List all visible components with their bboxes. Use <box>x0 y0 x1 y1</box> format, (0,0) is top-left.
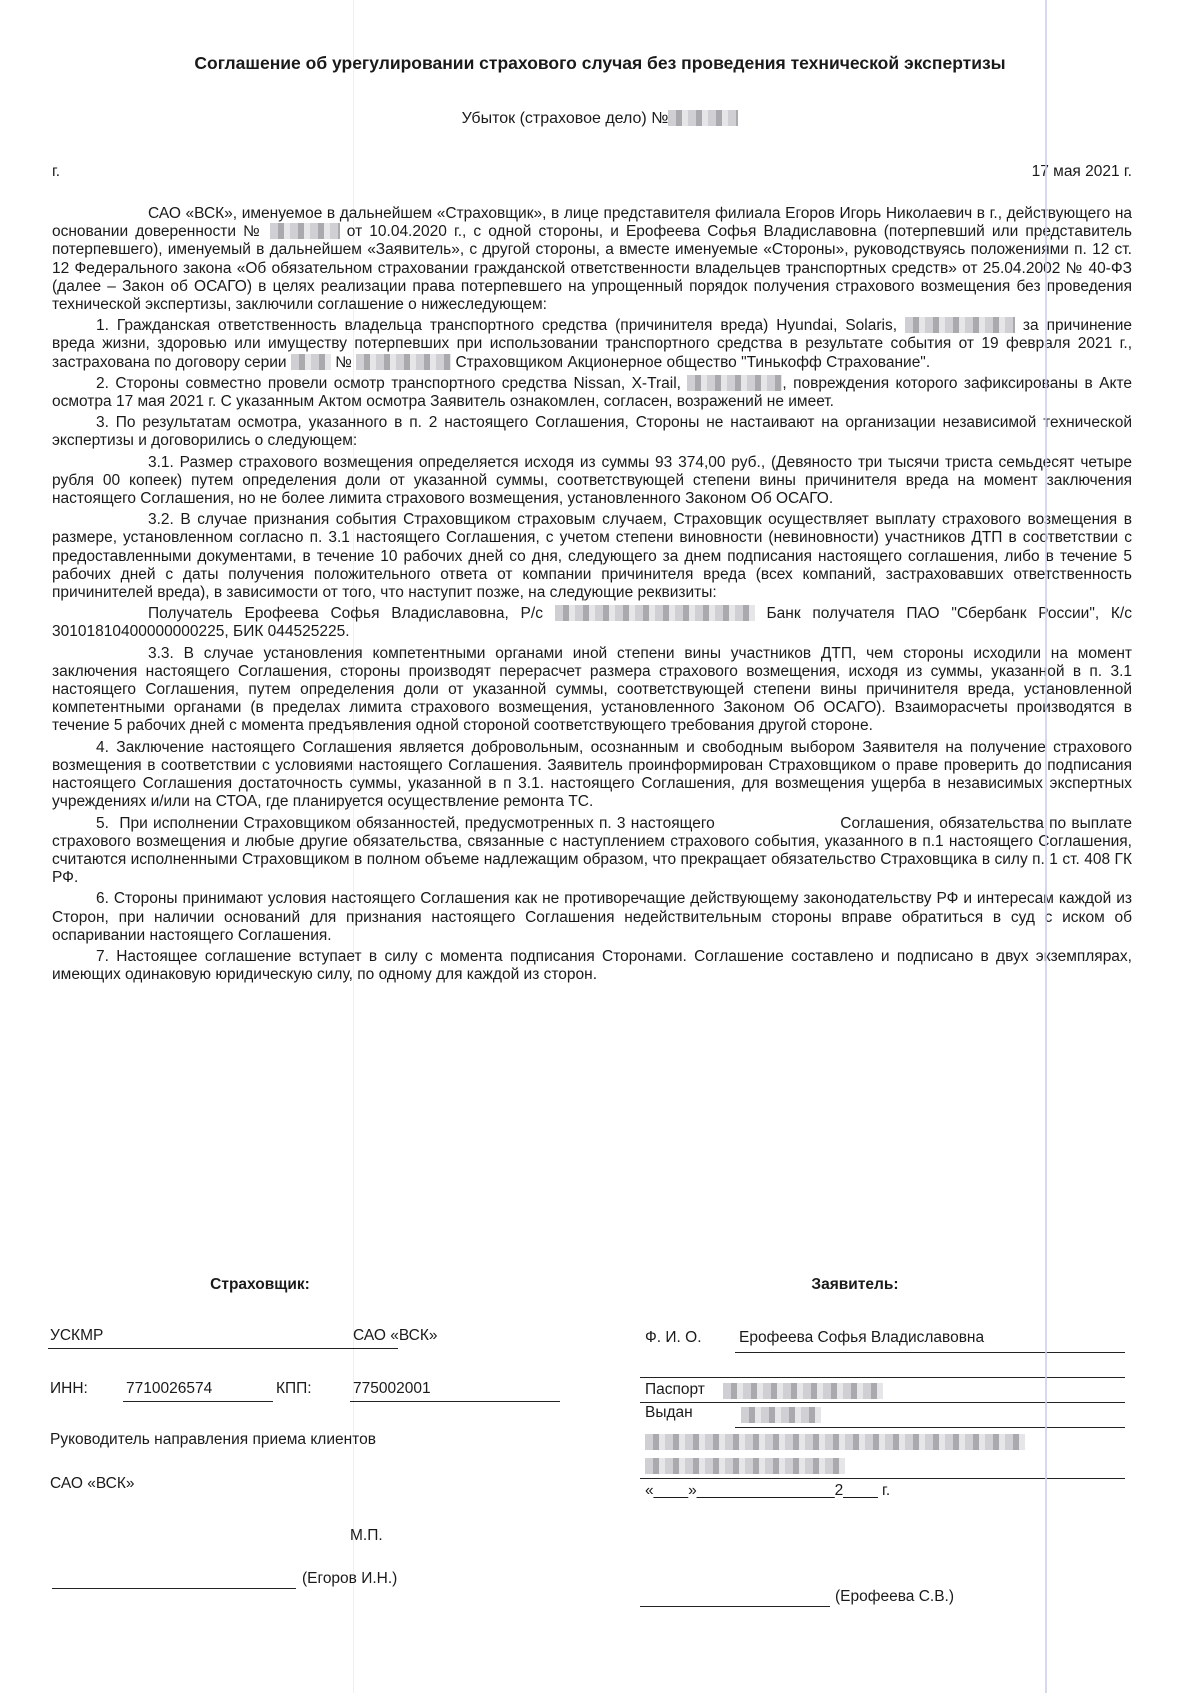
redacted-plate <box>905 317 1015 333</box>
stamp-label: М.П. <box>350 1527 383 1545</box>
passport-label: Паспорт <box>645 1381 705 1399</box>
applicant-heading: Заявитель: <box>755 1276 955 1294</box>
clause-1: 1. Гражданская ответственность владельца… <box>52 317 1132 372</box>
agreement-body: САО «ВСК», именуемое в дальнейшем «Страх… <box>52 205 1132 987</box>
redacted-policy <box>356 354 451 370</box>
clause-5: 5. При исполнении Страховщиком обязаннос… <box>52 815 1132 888</box>
applicant-date-line: «____»________________2____ г. <box>645 1482 890 1500</box>
insurer-signer: (Егоров И.Н.) <box>302 1570 397 1588</box>
clause-2: 2. Стороны совместно провели осмотр тран… <box>52 375 1132 411</box>
document-title: Соглашение об урегулировании страхового … <box>0 53 1200 74</box>
scan-artifact-line <box>1045 0 1047 1693</box>
intro-paragraph: САО «ВСК», именуемое в дальнейшем «Страх… <box>52 205 1132 314</box>
redacted-passport <box>723 1383 883 1399</box>
city: г. <box>52 163 60 181</box>
applicant-signer: (Ерофеева С.В.) <box>835 1588 954 1606</box>
insurer-company: САО «ВСК» <box>353 1327 438 1345</box>
clause-3-2: 3.2. В случае признания события Страховщ… <box>52 511 1132 602</box>
clause-3-1: 3.1. Размер страхового возмещения опреде… <box>52 454 1132 509</box>
applicant-fio: Ерофеева Софья Владиславовна <box>739 1329 984 1347</box>
recipient-details: Получатель Ерофеева Софья Владиславовна,… <box>52 605 1132 641</box>
clause-6: 6. Стороны принимают условия настоящего … <box>52 890 1132 945</box>
issued-label: Выдан <box>645 1404 693 1422</box>
insurer-company-2: САО «ВСК» <box>50 1475 135 1493</box>
clause-4: 4. Заключение настоящего Соглашения явля… <box>52 739 1132 812</box>
redacted-poa-number <box>270 223 340 239</box>
inn-value: 7710026574 <box>126 1380 212 1398</box>
fio-label: Ф. И. О. <box>645 1329 702 1347</box>
case-label: Убыток (страховое дело) № <box>462 110 669 127</box>
insurer-heading: Страховщик: <box>50 1276 470 1294</box>
insurer-position: Руководитель направления приема клиентов <box>50 1431 376 1449</box>
case-number: Убыток (страховое дело) № <box>0 110 1200 128</box>
insurer-dept: УСКМР <box>50 1327 103 1345</box>
inn-label: ИНН: <box>50 1380 88 1398</box>
kpp-value: 775002001 <box>353 1380 431 1398</box>
clause-3-3: 3.3. В случае установления компетентными… <box>52 645 1132 736</box>
redacted-case-number <box>668 110 738 126</box>
clause-3: 3. По результатам осмотра, указанного в … <box>52 414 1132 450</box>
redacted-issue-date <box>741 1407 821 1423</box>
redacted-series <box>291 354 331 370</box>
redacted-issuer-2 <box>645 1458 845 1474</box>
kpp-label: КПП: <box>276 1380 312 1398</box>
clause-7: 7. Настоящее соглашение вступает в силу … <box>52 948 1132 984</box>
redacted-account <box>555 605 755 621</box>
redacted-plate-2 <box>687 375 782 391</box>
redacted-issuer-1 <box>645 1434 1025 1450</box>
